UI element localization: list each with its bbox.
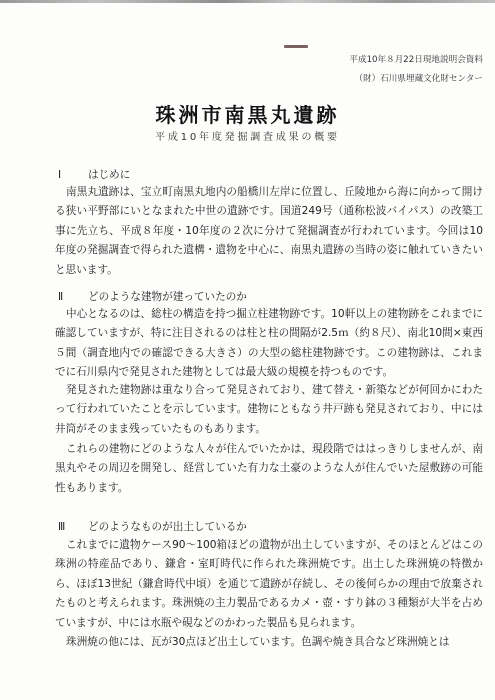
meta-date-line: 平成10年８月22日現地説明会資料 (349, 51, 483, 70)
document-title: 珠洲市南黒丸遺跡 (0, 99, 495, 128)
section-number: Ⅱ (58, 291, 88, 303)
section-heading-1: Ⅰはじめに (58, 167, 130, 182)
paragraph: 南黒丸遺跡は、宝立町南黒丸地内の船橋川左岸に位置し、丘陵地から海に向かって開ける… (55, 183, 483, 280)
paragraph: 発見された建物跡は重なり合って発見されており、建て替え・新築などが何回かにわたっ… (55, 381, 483, 439)
section-title: どのようなものが出土しているか (88, 521, 247, 533)
document-subtitle: 平成10年度発掘調査成果の概要 (0, 128, 495, 143)
paragraph: これらの建物にどのような人々が住んでいたかは、現段階でははっきりしませんが、南黒… (55, 440, 483, 498)
paragraph: 珠洲焼の他には、瓦が30点ほど出土しています。色調や焼き具合など珠洲焼とは (55, 633, 483, 652)
section-title: はじめに (88, 169, 130, 181)
section-title: どのような建物が建っていたのか (88, 291, 247, 303)
section-heading-2: Ⅱどのような建物が建っていたのか (58, 289, 247, 304)
section-heading-3: Ⅲどのようなものが出土しているか (58, 519, 247, 534)
section-number: Ⅲ (58, 521, 88, 533)
section-number: Ⅰ (58, 169, 88, 181)
paragraph: 中心となるのは、総柱の構造を持つ掘立柱建物跡です。10軒以上の建物跡をこれまでに… (55, 305, 483, 383)
paragraph: これまでに遺物ケース90～100箱ほどの遺物が出土していますが、そのほとんどはこ… (55, 536, 483, 633)
document-meta: 平成10年８月22日現地説明会資料 （財）石川県埋蔵文化財センター (349, 51, 483, 89)
meta-organization-line: （財）石川県埋蔵文化財センター (349, 70, 483, 89)
scan-edge (0, 0, 495, 3)
scan-mark (284, 45, 308, 48)
